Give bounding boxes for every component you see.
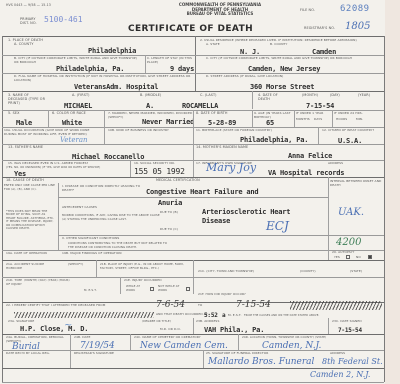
date-of-death-label: 4. DATE OF DEATH [258, 94, 280, 102]
scan-edge [385, 0, 400, 384]
injury-occurred-label: 21e. INJURY OCCURRED [124, 279, 162, 283]
cause-line-b2: Disease [202, 217, 230, 225]
struck-line [14, 312, 154, 318]
cause-line-a2: Anuria [158, 199, 182, 207]
cause-line-a1: Congestive Heart Failure and [146, 188, 258, 196]
months-label: Months [296, 118, 310, 122]
date-signed-label: 23c. DATE SIGNED [332, 320, 362, 324]
sex-label: 5. SEX [8, 112, 20, 116]
date-of-birth: 5-28-89 [208, 119, 236, 127]
social-security-number: 155 05 1992 [134, 167, 185, 176]
year-label: (Year) [358, 94, 370, 98]
antecedent-label: ANTECEDENT CAUSES [62, 206, 97, 210]
due-to-b-label: DUE TO (b) [160, 211, 178, 215]
physician-signature-scrawl: ~ [64, 320, 72, 331]
while-at-work-checkbox[interactable] [150, 287, 154, 291]
month-label: (Month) [302, 94, 318, 98]
occupation: Veteran [60, 136, 88, 144]
residence-state-label: a. STATE [206, 43, 220, 47]
length-of-stay-label: c. LENGTH OF STAY (in this place) [147, 57, 193, 65]
color-label: 6. COLOR OR RACE [52, 112, 86, 116]
registrar-signature-label: REGISTRAR'S SIGNATURE [74, 352, 114, 356]
attended-from: 7-6-54 [156, 300, 185, 310]
funeral-director-signature: Mallardo Bros. Funeral [208, 357, 314, 367]
part2-sublabel: Conditions contributing to the death but… [68, 242, 168, 250]
cause-code: 4200 [336, 237, 361, 248]
death-certificate: HVS 0443 — 9/58 — 15-13 Primary Dist. No… [0, 0, 385, 384]
ssn-label: 16. SOCIAL SECURITY NO. [134, 162, 194, 166]
attended-to: 7-15-54 [236, 300, 271, 310]
death-county: Philadelphia [88, 47, 136, 55]
usual-residence-label: 2. USUAL RESIDENCE (Where deceased lived… [200, 39, 382, 43]
file-no-label: File No. [300, 9, 315, 13]
death-city: Philadelphia, Pa. [56, 65, 124, 73]
physician-signature-label: 23a. SIGNATURE [8, 320, 34, 324]
death-time-est-label: m. E.S.T. [228, 314, 242, 318]
autopsy-yes-checkbox[interactable] [346, 255, 350, 259]
agency-line-bureau: BUREAU OF VITAL STATISTICS [130, 12, 310, 17]
certifier-initials: ECJ [266, 219, 289, 233]
file-no-value: 62089 [340, 4, 370, 14]
days-label: Days [314, 118, 322, 122]
injury-state-label: (STATE) [350, 270, 362, 274]
funeral-address: 8th Federal St. [322, 357, 383, 366]
medical-certification-label: MEDICAL CERTIFICATION [156, 179, 200, 183]
residence-county-label: b. COUNTY [270, 43, 287, 47]
informant: VA Hospital records [268, 169, 344, 177]
registrar-no-label: Registrar's No. [304, 27, 335, 31]
father-label: 13. FATHER'S NAME [8, 146, 43, 150]
marital-status: Never Married [142, 118, 194, 126]
business-label: 10b. KIND OF BUSINESS OR INDUSTRY [108, 129, 188, 133]
autopsy-no-checkbox[interactable] [368, 255, 372, 259]
informant-signature: Mary Joy [206, 161, 256, 174]
while-at-work-label: While at Work [126, 285, 148, 293]
cause-instructions: Enter only one cause per line for (a), (… [4, 184, 56, 192]
informant-address-label: ADDRESS [328, 162, 343, 166]
last-name: ROCAMELLA [182, 102, 218, 110]
middle-name-label: b. (Middle) [140, 94, 161, 98]
mother-name: Anna Felice [288, 152, 332, 160]
date-of-operation-label: 19a. DATE OF OPERATION [6, 252, 56, 256]
length-of-stay: 9 days [170, 65, 194, 73]
hospital-label: d. FULL NAME OF HOSPITAL OR INSTITUTION … [14, 75, 194, 83]
name-label: 3. NAME OF DECEASED (Type or Print) [8, 94, 46, 105]
birthplace: Philadelphia, Pa. [240, 136, 308, 144]
accident-specify-label: (Specify) [68, 263, 83, 267]
dob-label: 8. DATE OF BIRTH [196, 112, 228, 116]
due-to-c-label: DUE TO (c) [160, 228, 178, 232]
citizen-label: 12. CITIZEN OF WHAT COUNTRY? [322, 129, 382, 133]
injury-county-label: (COUNTY) [300, 270, 316, 274]
registrar-no-value: 1805 [345, 21, 370, 32]
struck-line [290, 301, 382, 310]
operation-findings-label: 19b. MAJOR FINDINGS OF OPERATION [62, 252, 122, 256]
death-city-label: b. CITY (If outside corporate limits, wr… [14, 57, 142, 65]
morbid-conditions-label: Morbid conditions, if any, giving rise t… [62, 214, 162, 222]
county-label: a. COUNTY [14, 43, 34, 47]
injury-city-label: 21c. (CITY, TOWN AND TOWNSHIP) [198, 270, 254, 274]
cause-line-b1: Arteriosclerotic Heart [202, 208, 290, 216]
birthplace-label: 11. BIRTHPLACE (State or foreign country… [196, 129, 310, 133]
physician-signature: H.P. Close, M. D. [20, 325, 88, 333]
primary-dist-number: 5100-461 [44, 15, 83, 24]
form-number: HVS 0443 — 9/58 — 15-13 [6, 4, 51, 8]
certificate-title: CERTIFICATE OF DEATH [128, 24, 253, 34]
date-signed: 7-15-54 [338, 327, 362, 334]
last-name-label: c. (Last) [200, 94, 217, 98]
day-label: (Day) [330, 94, 340, 98]
place-of-injury-label: 21b. PLACE OF INJURY (e.g., in or about … [100, 263, 194, 271]
not-at-work-checkbox[interactable] [186, 287, 190, 291]
hospital-name: VeteransAdm. Hospital [74, 83, 158, 91]
funeral-address-label: ADDRESS [330, 352, 345, 356]
funeral-city: Camden 2, N.J. [310, 370, 370, 379]
color-race: White [62, 119, 82, 127]
death-time: 5:52 [204, 312, 218, 319]
residence-street: 360 Morse Street [250, 83, 314, 91]
accident-type-label: 21a. ACCIDENT SUICIDE HOMICIDE [6, 263, 46, 271]
age: 65 [266, 119, 274, 127]
date-of-death: 7-15-54 [306, 102, 334, 110]
physician-certify-label: 22. I hereby certify that I attended the… [6, 304, 105, 308]
time-of-injury-columns: (Month) (Day) (Year) (Hour) [24, 279, 70, 283]
min-label: Min. [356, 118, 363, 122]
interval-label: INTERVAL BETWEEN ONSET AND DEATH [330, 180, 382, 188]
primary-dist-label: Primary Dist. No. [20, 18, 42, 26]
residence-street-label: d. STREET ADDRESS (If rural, give locati… [206, 75, 326, 79]
death-occurred-at-label: and that death occurred at [156, 313, 208, 317]
not-at-work-label: Not While at Work [158, 285, 184, 293]
part1-label: I. DISEASE OR CONDITION DIRECTLY LEADING… [62, 185, 142, 193]
mother-label: 14. MOTHER'S MAIDEN NAME [196, 146, 248, 150]
death-time-ampm: a [222, 312, 225, 319]
time-of-injury-label: 21d. TIME OF INJURY [6, 279, 26, 287]
agency-header: COMMONWEALTH OF PENNSYLVANIA DEPARTMENT … [130, 3, 310, 17]
date-received-label: DATE REC'D BY LOCAL REG. [6, 352, 66, 356]
burial-location-label: 24d. LOCATION (Town, township or county)… [242, 336, 326, 340]
residence-city-label: c. CITY (If outside corporate limits, wr… [206, 57, 382, 61]
interval: UAK. [338, 207, 364, 218]
how-injury-label: 21f. HOW DID INJURY OCCUR? [198, 293, 246, 297]
to-label: to [198, 304, 202, 308]
under-1yr-label: If under 1 year [296, 112, 323, 116]
sex: Male [16, 119, 32, 127]
physician-address-label: 23b. ADDRESS [196, 320, 219, 324]
degree: M.D. or D.O. [160, 328, 181, 332]
burial-date-label: 24b. DATE [74, 336, 91, 340]
first-name-label: a. (First) [72, 94, 90, 98]
cause-footnote: *This does not mean the mode of dying, s… [6, 210, 56, 230]
under-24hrs-label: If under 24 hrs. [334, 112, 363, 116]
funeral-director-label: 25. SIGNATURE OF FUNERAL DIRECTOR [206, 352, 268, 356]
degree-label: (Degree or title) [142, 320, 171, 324]
first-name: MICHAEL [64, 102, 92, 110]
physician-address: VAH Phila., Pa. [204, 326, 264, 334]
middle-name: A. [146, 102, 154, 110]
residence-city: Camden, New Jersey [248, 65, 320, 73]
from-causes-label: from the causes and on the date stated a… [244, 314, 319, 318]
cemetery-label: 24c. NAME OF CEMETERY OR CREMATORY [134, 336, 201, 340]
injury-est-label: m. E.S.T. [84, 289, 97, 293]
hours-label: Hours [336, 118, 347, 122]
